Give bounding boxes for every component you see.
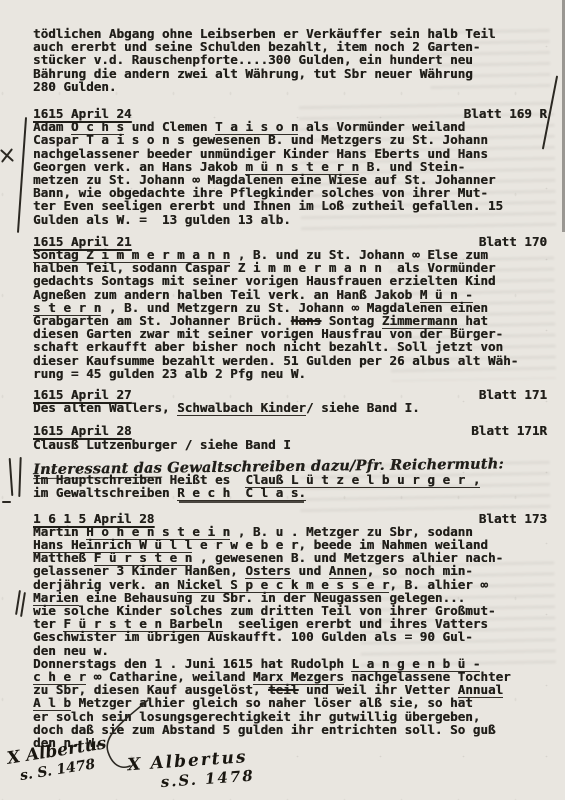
text-line: Clausß Lutzenburger / siehe Band I bbox=[33, 438, 547, 451]
text-run: Gulden als W. = 13 gulden 13 alb. bbox=[33, 212, 291, 227]
document-page: tödlichen Abgang ohne Leibserben er Verk… bbox=[0, 0, 565, 800]
entry-blatt-number: Blatt 171 bbox=[479, 388, 547, 401]
entry-blatt-number: Blatt 173 bbox=[479, 512, 547, 525]
text-run: Des alten Wallers, bbox=[33, 400, 177, 415]
underlined-name: Schwalbach Kinder bbox=[177, 400, 306, 416]
text-line: Gulden als W. = 13 gulden 13 alb. bbox=[33, 213, 547, 226]
text-line: Des alten Wallers, Schwalbach Kinder/ si… bbox=[33, 401, 547, 414]
underlined-name: Interessant das bbox=[33, 459, 162, 479]
note-dash-mark bbox=[2, 501, 11, 503]
entry-blatt-number: Blatt 171R bbox=[471, 424, 547, 437]
note-emphasis-stroke bbox=[18, 457, 21, 497]
margin-tick-mark bbox=[20, 592, 26, 617]
typewritten-text-body: tödlichen Abgang ohne Leibserben er Verk… bbox=[33, 27, 547, 749]
text-line: Geschwister im übrigen Auskaufft. 100 Gu… bbox=[33, 630, 547, 643]
text-run: rung = 45 gulden 23 alb 2 Pfg neu W. bbox=[33, 366, 306, 381]
text-line: im Gewaltschreiben R e c h C l a s. bbox=[33, 486, 547, 499]
note-emphasis-stroke bbox=[9, 458, 14, 496]
underlined-name: R e c h C l a s. bbox=[177, 485, 306, 501]
entry-blatt-number: Blatt 169 R bbox=[464, 107, 547, 120]
entry-blatt-number: Blatt 170 bbox=[479, 235, 547, 248]
text-run: / siehe Band I. bbox=[306, 400, 420, 415]
text-line: 280 Gulden. bbox=[33, 80, 547, 93]
text-run: Clausß Lutzenburger / siehe Band I bbox=[33, 437, 291, 452]
text-line: rung = 45 gulden 23 alb 2 Pfg neu W. bbox=[33, 367, 547, 380]
text-run: im Gewaltschreiben bbox=[33, 485, 177, 500]
text-run: 280 Gulden. bbox=[33, 79, 116, 94]
margin-line-mark bbox=[17, 117, 27, 233]
signature-annotation: X Albertus s.S. 1478 bbox=[127, 748, 255, 794]
